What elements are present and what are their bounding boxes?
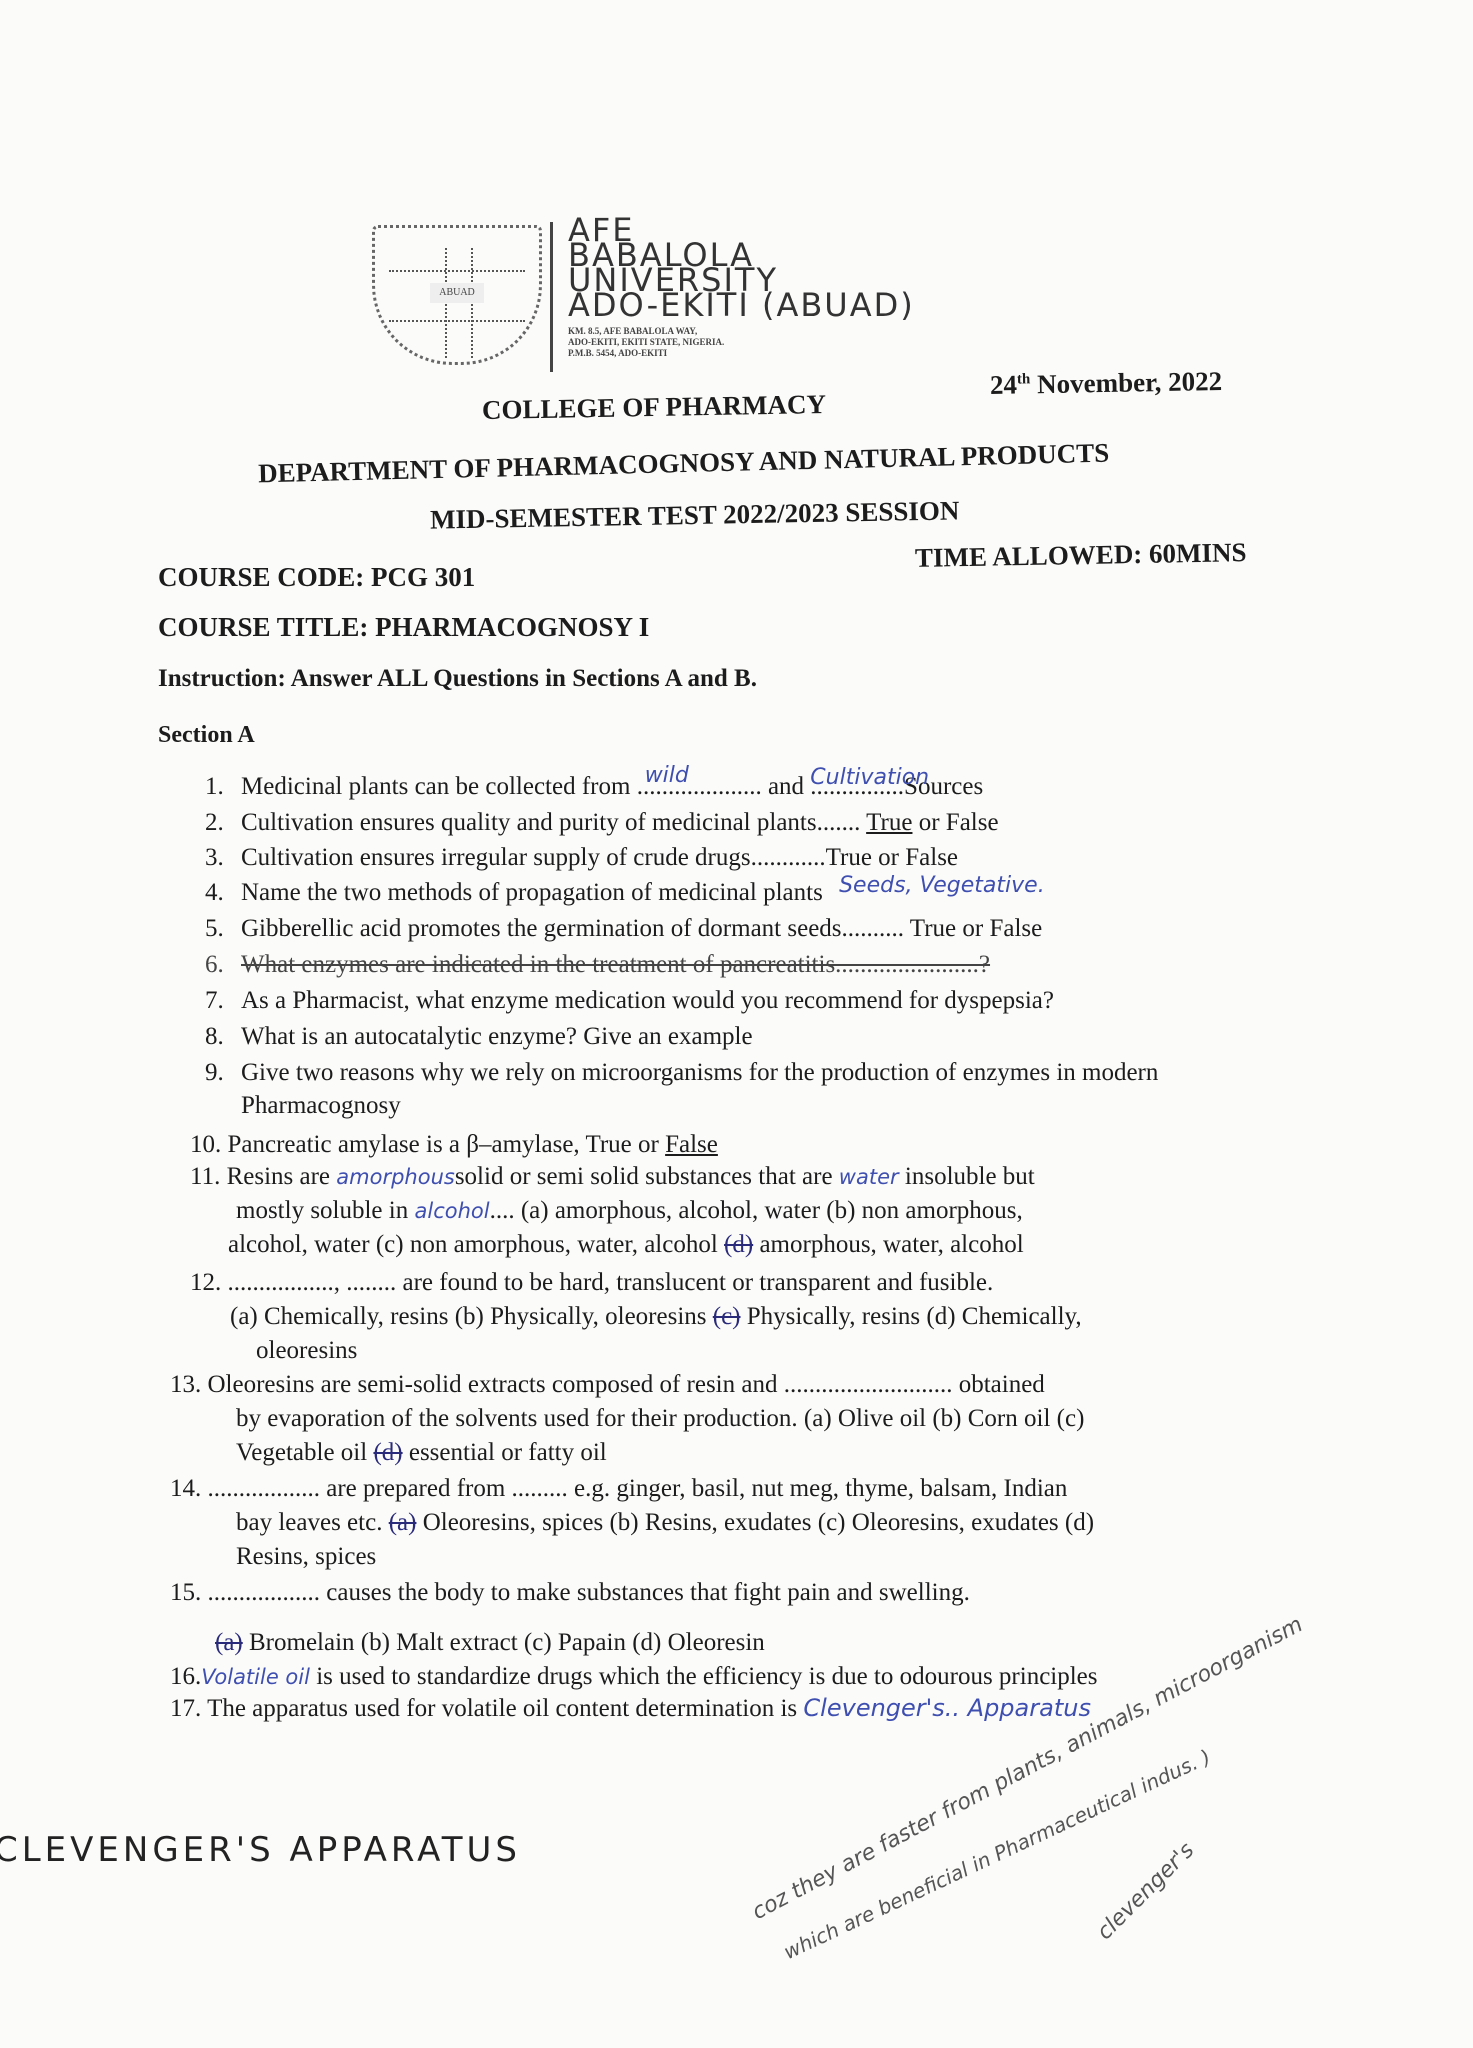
course-title: COURSE TITLE: PHARMACOGNOSY I [158,612,649,643]
handwritten-answer[interactable]: alcohol [414,1199,489,1223]
handwritten-answer[interactable]: Seeds, Vegetative. [839,873,1045,898]
question-text: .................. are prepared from ...… [208,1475,1068,1502]
question-2: 2.Cultivation ensures quality and purity… [205,806,999,839]
question-text: What enzymes are indicated in the treatm… [241,951,990,978]
question-text: As a Pharmacist, what enzyme medication … [241,987,1054,1014]
signature: clevenger's [1092,1838,1199,1945]
question-text: Oleoresins are semi-solid extracts compo… [208,1371,1045,1398]
question-text: solid or semi solid substances that are [455,1163,839,1190]
question-number: 12. [190,1269,221,1296]
margin-answer: CLEVENGER'S APPARATUS [0,1830,521,1870]
marked-choice[interactable]: False [665,1131,718,1158]
address-line: P.M.B. 5454, ADO-EKITI [568,348,724,359]
question-16: 16.Volatile oil is used to standardize d… [170,1660,1098,1694]
exam-date: 24th November, 2022 [990,366,1223,401]
university-address: KM. 8.5, AFE BABALOLA WAY, ADO-EKITI, EK… [568,326,724,359]
question-text: bay leaves etc. [170,1509,389,1536]
question-number: 15. [170,1579,201,1606]
question-13: 13. Oleoresins are semi-solid extracts c… [170,1368,1084,1470]
course-code: COURSE CODE: PCG 301 [158,562,475,593]
question-9: 9.Give two reasons why we rely on microo… [205,1056,1158,1122]
handwritten-answer[interactable]: amorphous [336,1165,455,1189]
question-12: 12. ................., ........ are foun… [190,1266,1082,1368]
handwritten-answer: Cultivation [810,761,929,794]
date-day: 24 [990,370,1018,400]
section-heading: Section A [158,722,255,749]
question-number: 17. [170,1695,201,1722]
answer-blank-1[interactable]: ....................wild [637,773,762,800]
crest-badge: ABUAD [430,283,484,303]
question-number: 4. [205,876,241,909]
question-number: 10. [190,1131,221,1158]
question-text: oleoresins [190,1337,357,1364]
question-text: insoluble but [899,1163,1035,1190]
marked-choice[interactable]: True [866,809,912,836]
question-text: amorphous, water, alcohol [753,1231,1023,1258]
question-4: 4.Name the two methods of propagation of… [205,876,1045,910]
question-number: 3. [205,841,241,874]
question-text: Give two reasons why we rely on microorg… [241,1059,1158,1086]
marked-choice[interactable]: (a) [215,1629,243,1656]
question-text: or False [912,809,998,836]
marked-choice[interactable]: (c) [713,1303,741,1330]
question-text: Pharmacognosy [241,1092,401,1119]
handwritten-answer[interactable]: Volatile oil [201,1665,310,1689]
marked-choice[interactable]: (d) [373,1439,402,1466]
logo-divider [550,222,553,372]
question-text: Resins, spices [170,1543,376,1570]
question-text: Name the two methods of propagation of m… [241,879,823,906]
question-text: and [762,773,811,800]
handwritten-answer[interactable]: Clevenger's.. Apparatus [803,1694,1091,1722]
question-text: Gibberellic acid promotes the germinatio… [241,915,1042,942]
question-text: .... (a) amorphous, alcohol, water (b) n… [490,1197,1023,1224]
question-number: 11. [190,1163,220,1190]
question-number: 13. [170,1371,201,1398]
question-10: 10. Pancreatic amylase is a β–amylase, T… [190,1128,718,1161]
question-17: 17. The apparatus used for volatile oil … [170,1692,1091,1725]
question-15-options: (a) Bromelain (b) Malt extract (c) Papai… [215,1626,765,1659]
question-text: ................., ........ are found to… [228,1269,994,1296]
question-text: Pancreatic amylase is a β–amylase, True … [228,1131,666,1158]
date-suffix: th [1017,371,1031,387]
question-text: The apparatus used for volatile oil cont… [207,1695,803,1722]
college-title: COLLEGE OF PHARMACY [482,389,826,426]
question-text: Cultivation ensures irregular supply of … [241,844,958,871]
department-title: DEPARTMENT OF PHARMACOGNOSY AND NATURAL … [258,438,1110,490]
question-7: 7.As a Pharmacist, what enzyme medicatio… [205,984,1054,1017]
question-text: Vegetable oil [170,1439,373,1466]
question-15: 15. .................. causes the body t… [170,1576,970,1609]
question-text: essential or fatty oil [403,1439,607,1466]
question-text: alcohol, water (c) non amorphous, water,… [190,1231,724,1258]
test-title: MID-SEMESTER TEST 2022/2023 SESSION [430,495,960,535]
handwritten-answer: wild [645,759,689,792]
question-number: 1. [205,770,241,803]
question-1: 1.Medicinal plants can be collected from… [205,770,983,803]
question-number: 9. [205,1056,241,1089]
question-5: 5.Gibberellic acid promotes the germinat… [205,912,1042,945]
question-number: 14. [170,1475,201,1502]
question-number: 5. [205,912,241,945]
question-text: Resins are [227,1163,337,1190]
answer-blank-2[interactable]: ...............Cultivation [810,773,904,800]
question-text: Physically, resins (d) Chemically, [741,1303,1082,1330]
question-number: 7. [205,984,241,1017]
question-text: Medicinal plants can be collected from [241,773,637,800]
question-text: Bromelain (b) Malt extract (c) Papain (d… [243,1629,765,1656]
marked-choice[interactable]: (d) [724,1231,753,1258]
address-line: KM. 8.5, AFE BABALOLA WAY, [568,326,724,337]
question-number: 8. [205,1020,241,1053]
question-11: 11. Resins are amorphoussolid or semi so… [190,1160,1035,1262]
date-rest: November, 2022 [1030,366,1222,399]
question-text: Cultivation ensures quality and purity o… [241,809,866,836]
handwritten-answer[interactable]: water [839,1165,899,1189]
question-text: by evaporation of the solvents used for … [170,1405,1084,1432]
question-6: 6.What enzymes are indicated in the trea… [205,948,990,981]
instruction: Instruction: Answer ALL Questions in Sec… [158,665,757,693]
question-3: 3.Cultivation ensures irregular supply o… [205,841,958,874]
question-14: 14. .................. are prepared from… [170,1472,1094,1574]
university-name: AFE BABALOLA UNIVERSITY ADO-EKITI (ABUAD… [568,218,915,318]
question-text: Oleoresins, spices (b) Resins, exudates … [416,1509,1094,1536]
question-number: 6. [205,948,241,981]
question-text: (a) Chemically, resins (b) Physically, o… [190,1303,713,1330]
marked-choice[interactable]: (a) [389,1509,417,1536]
question-number: 16. [170,1663,201,1690]
question-text: .................. causes the body to ma… [208,1579,970,1606]
question-text: mostly soluble in [190,1197,414,1224]
university-crest-icon: ABUAD [372,225,542,365]
question-number: 2. [205,806,241,839]
question-text: is used to standardize drugs which the e… [310,1663,1098,1690]
question-text: What is an autocatalytic enzyme? Give an… [241,1023,753,1050]
address-line: ADO-EKITI, EKITI STATE, NIGERIA. [568,337,724,348]
logo-line: ADO-EKITI (ABUAD) [568,293,915,318]
time-allowed: TIME ALLOWED: 60MINS [915,537,1247,574]
question-8: 8.What is an autocatalytic enzyme? Give … [205,1020,753,1053]
